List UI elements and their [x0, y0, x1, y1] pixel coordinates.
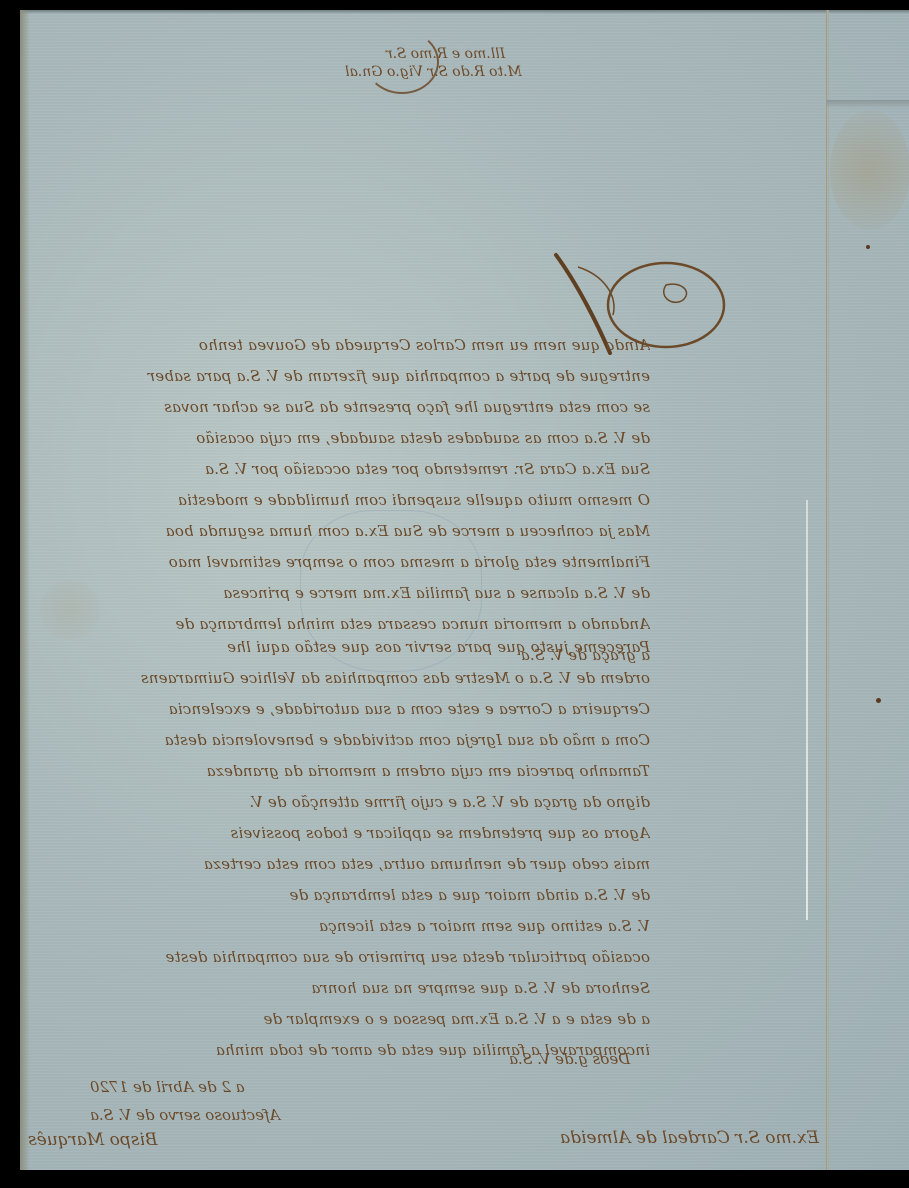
- text-line: ordem de V. S.a o Mestre das companhias …: [28, 663, 650, 694]
- paper-crease: [806, 500, 808, 920]
- address-block: Ill.mo e R.mo S.r M.to R.do S.r Vig.o Gn…: [345, 45, 505, 81]
- address-line: M.to R.do S.r Vig.o Gn.al: [345, 63, 522, 81]
- foxing-stain: [830, 110, 909, 230]
- text-line: Senhora de V. S.a que sempre na sua honr…: [28, 973, 650, 1004]
- text-line: de V. S.a ainda maior que a esta lembran…: [28, 880, 650, 911]
- text-line: ocasião particular desta seu primeiro de…: [28, 942, 650, 973]
- text-line: Mas ja conheceu a merce de Sua Ex.a com …: [28, 516, 650, 547]
- text-line: Tamanho parecia em cuja ordem a memoria …: [28, 756, 650, 787]
- text-line: Sua Ex.a Cara Sr. remetendo por esta occ…: [28, 454, 650, 485]
- paragraph-1: Ainda que nem eu nem Carlos Cerqueda de …: [28, 330, 650, 671]
- closing-block: Deos g.de V. S.a a 2 de Abril de 1720 Af…: [90, 1045, 690, 1129]
- text-line: V. S.a estimo que sem maior a esta licen…: [28, 911, 650, 942]
- signature-left: Bispo Marquês: [28, 1130, 157, 1150]
- text-line: Cerqueira a Correa e este com a sua auto…: [28, 694, 650, 725]
- text-line: O mesmo muito aquelle suspendi com humil…: [28, 485, 650, 516]
- place-date: a 2 de Abril de 1720: [90, 1073, 245, 1101]
- signature-right: Ex.mo S.r Cardeal de Almeida: [560, 1128, 819, 1148]
- recipient-text: Ex.mo S.r Cardeal de Almeida: [560, 1128, 819, 1148]
- paragraph-2: Pareceme justo que para servir aos que e…: [28, 632, 650, 1066]
- vertical-fold-line: [826, 10, 829, 1170]
- signature-text: Bispo Marquês: [28, 1130, 157, 1150]
- salutation: Deos g.de V. S.a: [509, 1045, 630, 1073]
- text-line: Pareceme justo que para servir aos que e…: [28, 632, 650, 663]
- address-line: Ill.mo e R.mo S.r: [386, 45, 505, 63]
- text-line: Agora os que pretendem se applicar e tod…: [28, 818, 650, 849]
- text-line: de V. S.a com as saudades desta saudade,…: [28, 423, 650, 454]
- text-line: mais cedo quer de nenhuma outra, esta co…: [28, 849, 650, 880]
- horizontal-fold-line: [826, 100, 909, 108]
- subscription: Afectuoso servo de V. S.a: [90, 1101, 280, 1129]
- text-line: se com esta entregua lhe faço presente d…: [28, 392, 650, 423]
- ink-spot: [876, 698, 881, 703]
- text-line: Ainda que nem eu nem Carlos Cerqueda de …: [28, 330, 650, 361]
- text-line: Finalmente esta gloria a mesma com o sem…: [28, 547, 650, 578]
- text-line: Com a mão da sua Igreja com actividade e…: [28, 725, 650, 756]
- text-line: entregue de parte a companhia que fizera…: [28, 361, 650, 392]
- text-line: a de esta e a V. S.a Ex.ma pessoa e o ex…: [28, 1004, 650, 1035]
- text-line: de V. S.a alcanse a sua familia Ex.ma me…: [28, 578, 650, 609]
- text-line: digno da graça de V. S.a e cujo firme at…: [28, 787, 650, 818]
- ink-spot: [866, 245, 870, 249]
